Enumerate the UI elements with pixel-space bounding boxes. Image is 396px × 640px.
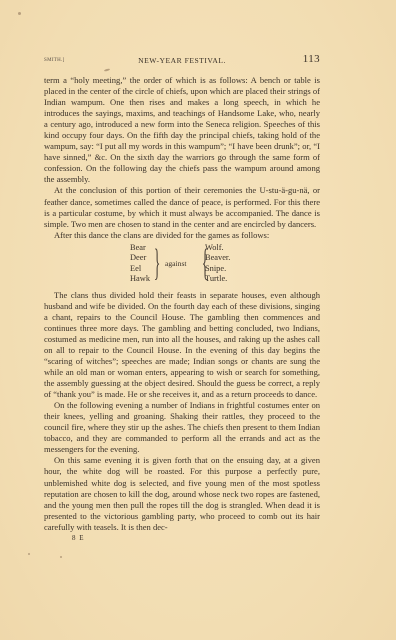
against-label: against	[165, 259, 187, 269]
paragraph: The clans thus divided hold their feasts…	[44, 290, 320, 400]
clan-name: Hawk	[130, 274, 150, 284]
clan-group-right: Wolf. Beaver. Snipe. Turtle.	[205, 243, 230, 285]
paper-speck	[28, 553, 30, 555]
paragraph: term a “holy meeting,” the order of whic…	[44, 75, 320, 185]
clan-name: Eel	[130, 264, 150, 274]
paragraph: After this dance the clans are divided f…	[44, 230, 320, 241]
paragraph: On the following evening a number of Ind…	[44, 400, 320, 455]
running-head-title: NEW-YEAR FESTIVAL.	[44, 56, 320, 65]
clan-name: Snipe.	[205, 264, 230, 274]
clan-group-left: Bear Deer Eel Hawk	[130, 243, 150, 285]
paper-speck	[18, 12, 21, 15]
clan-table: Bear Deer Eel Hawk } against { Wolf. Bea…	[44, 243, 320, 289]
page-number: 113	[303, 53, 320, 65]
book-page: SMITH.] NEW-YEAR FESTIVAL. 113 term a “h…	[44, 54, 320, 544]
paragraph: At the conclusion of this portion of the…	[44, 185, 320, 229]
right-brace-icon: }	[154, 243, 160, 283]
paper-speck	[60, 556, 62, 558]
clan-name: Deer	[130, 253, 150, 263]
body-text: term a “holy meeting,” the order of whic…	[44, 75, 320, 544]
clan-name: Bear	[130, 243, 150, 253]
clan-name: Beaver.	[205, 253, 230, 263]
clan-name: Turtle.	[205, 274, 230, 284]
signature-mark: 8 E	[72, 533, 320, 544]
paragraph: On this same evening it is given forth t…	[44, 455, 320, 532]
running-head: SMITH.] NEW-YEAR FESTIVAL. 113	[44, 54, 320, 68]
clan-name: Wolf.	[205, 243, 230, 253]
